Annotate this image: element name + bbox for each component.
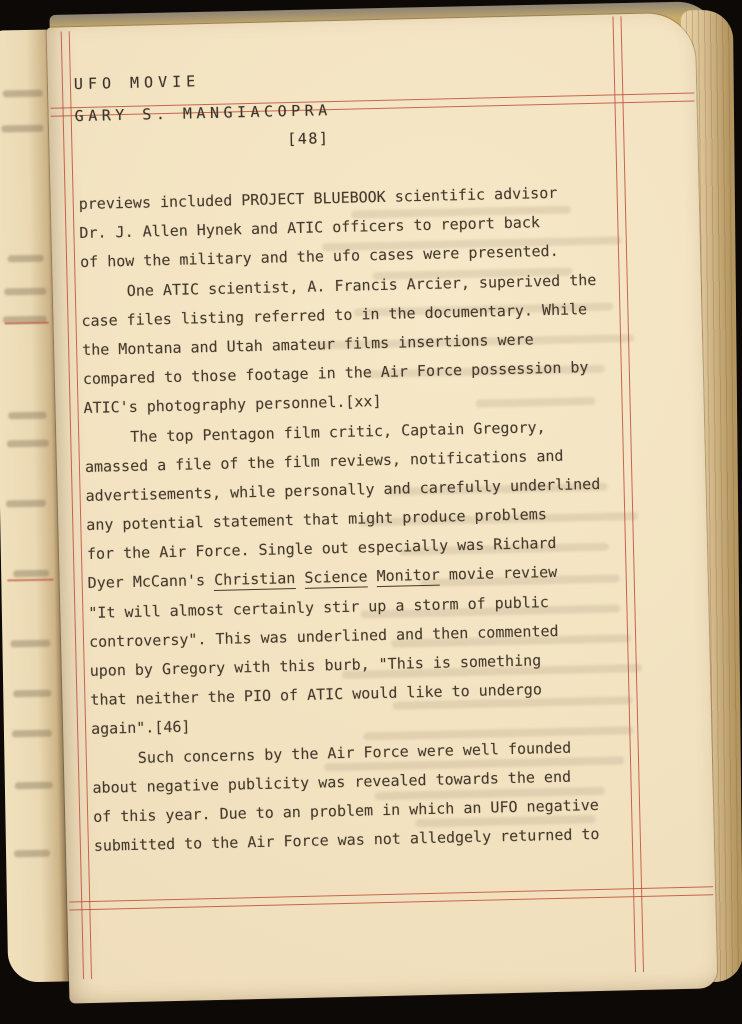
facing-page-ghost-text bbox=[13, 570, 49, 578]
text-segment: Dyer McCann's bbox=[87, 571, 214, 592]
facing-page-ghost-text bbox=[7, 440, 49, 448]
underlined-text: Monitor bbox=[376, 566, 440, 587]
text-segment bbox=[295, 569, 304, 587]
underlined-text: Christian bbox=[214, 570, 296, 592]
facing-page-ghost-text bbox=[14, 850, 50, 858]
facing-page-ghost-text bbox=[13, 690, 51, 698]
facing-page-ghost-text bbox=[15, 782, 53, 790]
facing-page-ghost-text bbox=[12, 730, 52, 738]
running-head-title: UFO MOVIE bbox=[74, 72, 201, 93]
facing-page-red-underline bbox=[5, 322, 49, 325]
facing-page-ghost-text bbox=[3, 90, 43, 98]
page-number: [48] bbox=[287, 129, 330, 148]
text-segment bbox=[367, 568, 376, 586]
running-head-author: GARY S. MANGIACOPRA bbox=[74, 101, 331, 125]
text-segment: again".[46] bbox=[91, 718, 191, 738]
manuscript-page: UFO MOVIE GARY S. MANGIACOPRA [48] previ… bbox=[47, 13, 718, 1004]
text-segment: movie review bbox=[440, 563, 558, 584]
facing-page-ghost-text bbox=[1, 125, 43, 133]
facing-page-red-underline bbox=[7, 579, 53, 582]
photo-background: { "colors": { "background": "#0c0907", "… bbox=[0, 0, 742, 1024]
facing-page-ghost-text bbox=[4, 288, 46, 296]
typed-body: previews included PROJECT BLUEBOOK scien… bbox=[79, 182, 655, 866]
facing-page-ghost-text bbox=[8, 412, 46, 420]
facing-page-ghost-text bbox=[10, 640, 50, 648]
underlined-text: Science bbox=[304, 568, 368, 589]
facing-page-ghost-text bbox=[8, 255, 44, 263]
margin-rule-bottom bbox=[69, 886, 713, 910]
text-segment: previews included PROJECT BLUEBOOK scien… bbox=[79, 184, 558, 213]
facing-page-ghost-text bbox=[6, 500, 46, 508]
